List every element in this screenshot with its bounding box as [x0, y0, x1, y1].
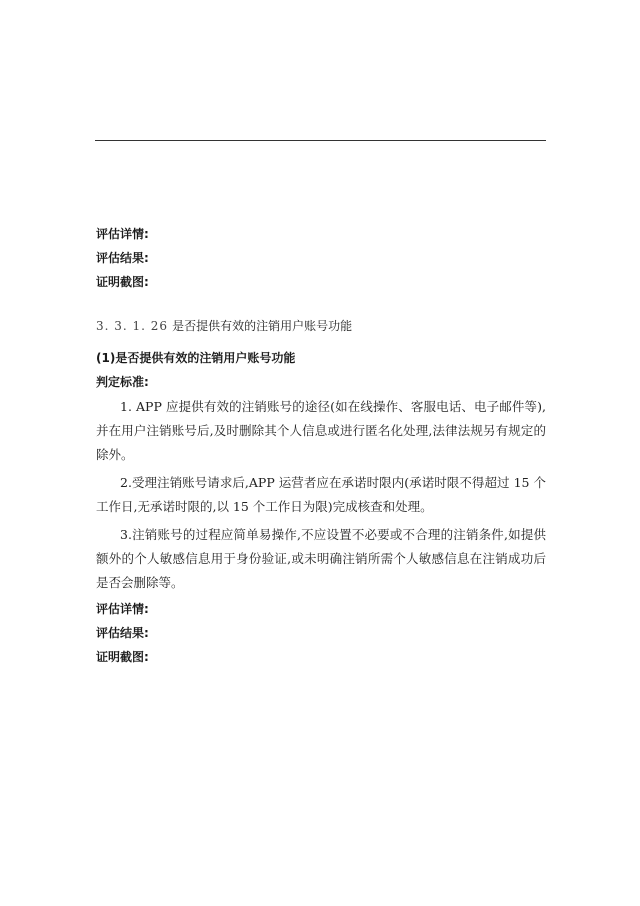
section-heading: 3. 3. 1. 26是否提供有效的注销用户账号功能 — [96, 318, 352, 334]
evaluation-result-label: 评估结果: — [96, 250, 149, 266]
section-title: 是否提供有效的注销用户账号功能 — [172, 319, 352, 333]
criteria-item-1: 1. APP 应提供有效的注销账号的途径(如在线操作、客服电话、电子邮件等),并… — [96, 395, 546, 467]
evaluation-result-label-2: 评估结果: — [96, 625, 149, 641]
evaluation-details-label: 评估详情: — [96, 226, 149, 242]
subsection-title: (1)是否提供有效的注销用户账号功能 — [96, 350, 295, 366]
document-page: 评估详情: 评估结果: 证明截图: 3. 3. 1. 26是否提供有效的注销用户… — [0, 0, 640, 906]
evaluation-details-label-2: 评估详情: — [96, 601, 149, 617]
proof-screenshot-label-2: 证明截图: — [96, 649, 149, 665]
proof-screenshot-label: 证明截图: — [96, 274, 149, 290]
section-number: 3. 3. 1. 26 — [96, 319, 168, 333]
criteria-item-2: 2.受理注销账号请求后,APP 运营者应在承诺时限内(承诺时限不得超过 15 个… — [96, 471, 546, 519]
header-rule — [95, 140, 546, 141]
criteria-item-3: 3.注销账号的过程应简单易操作,不应设置不必要或不合理的注销条件,如提供额外的个… — [96, 523, 546, 595]
criteria-label: 判定标准: — [96, 374, 149, 390]
